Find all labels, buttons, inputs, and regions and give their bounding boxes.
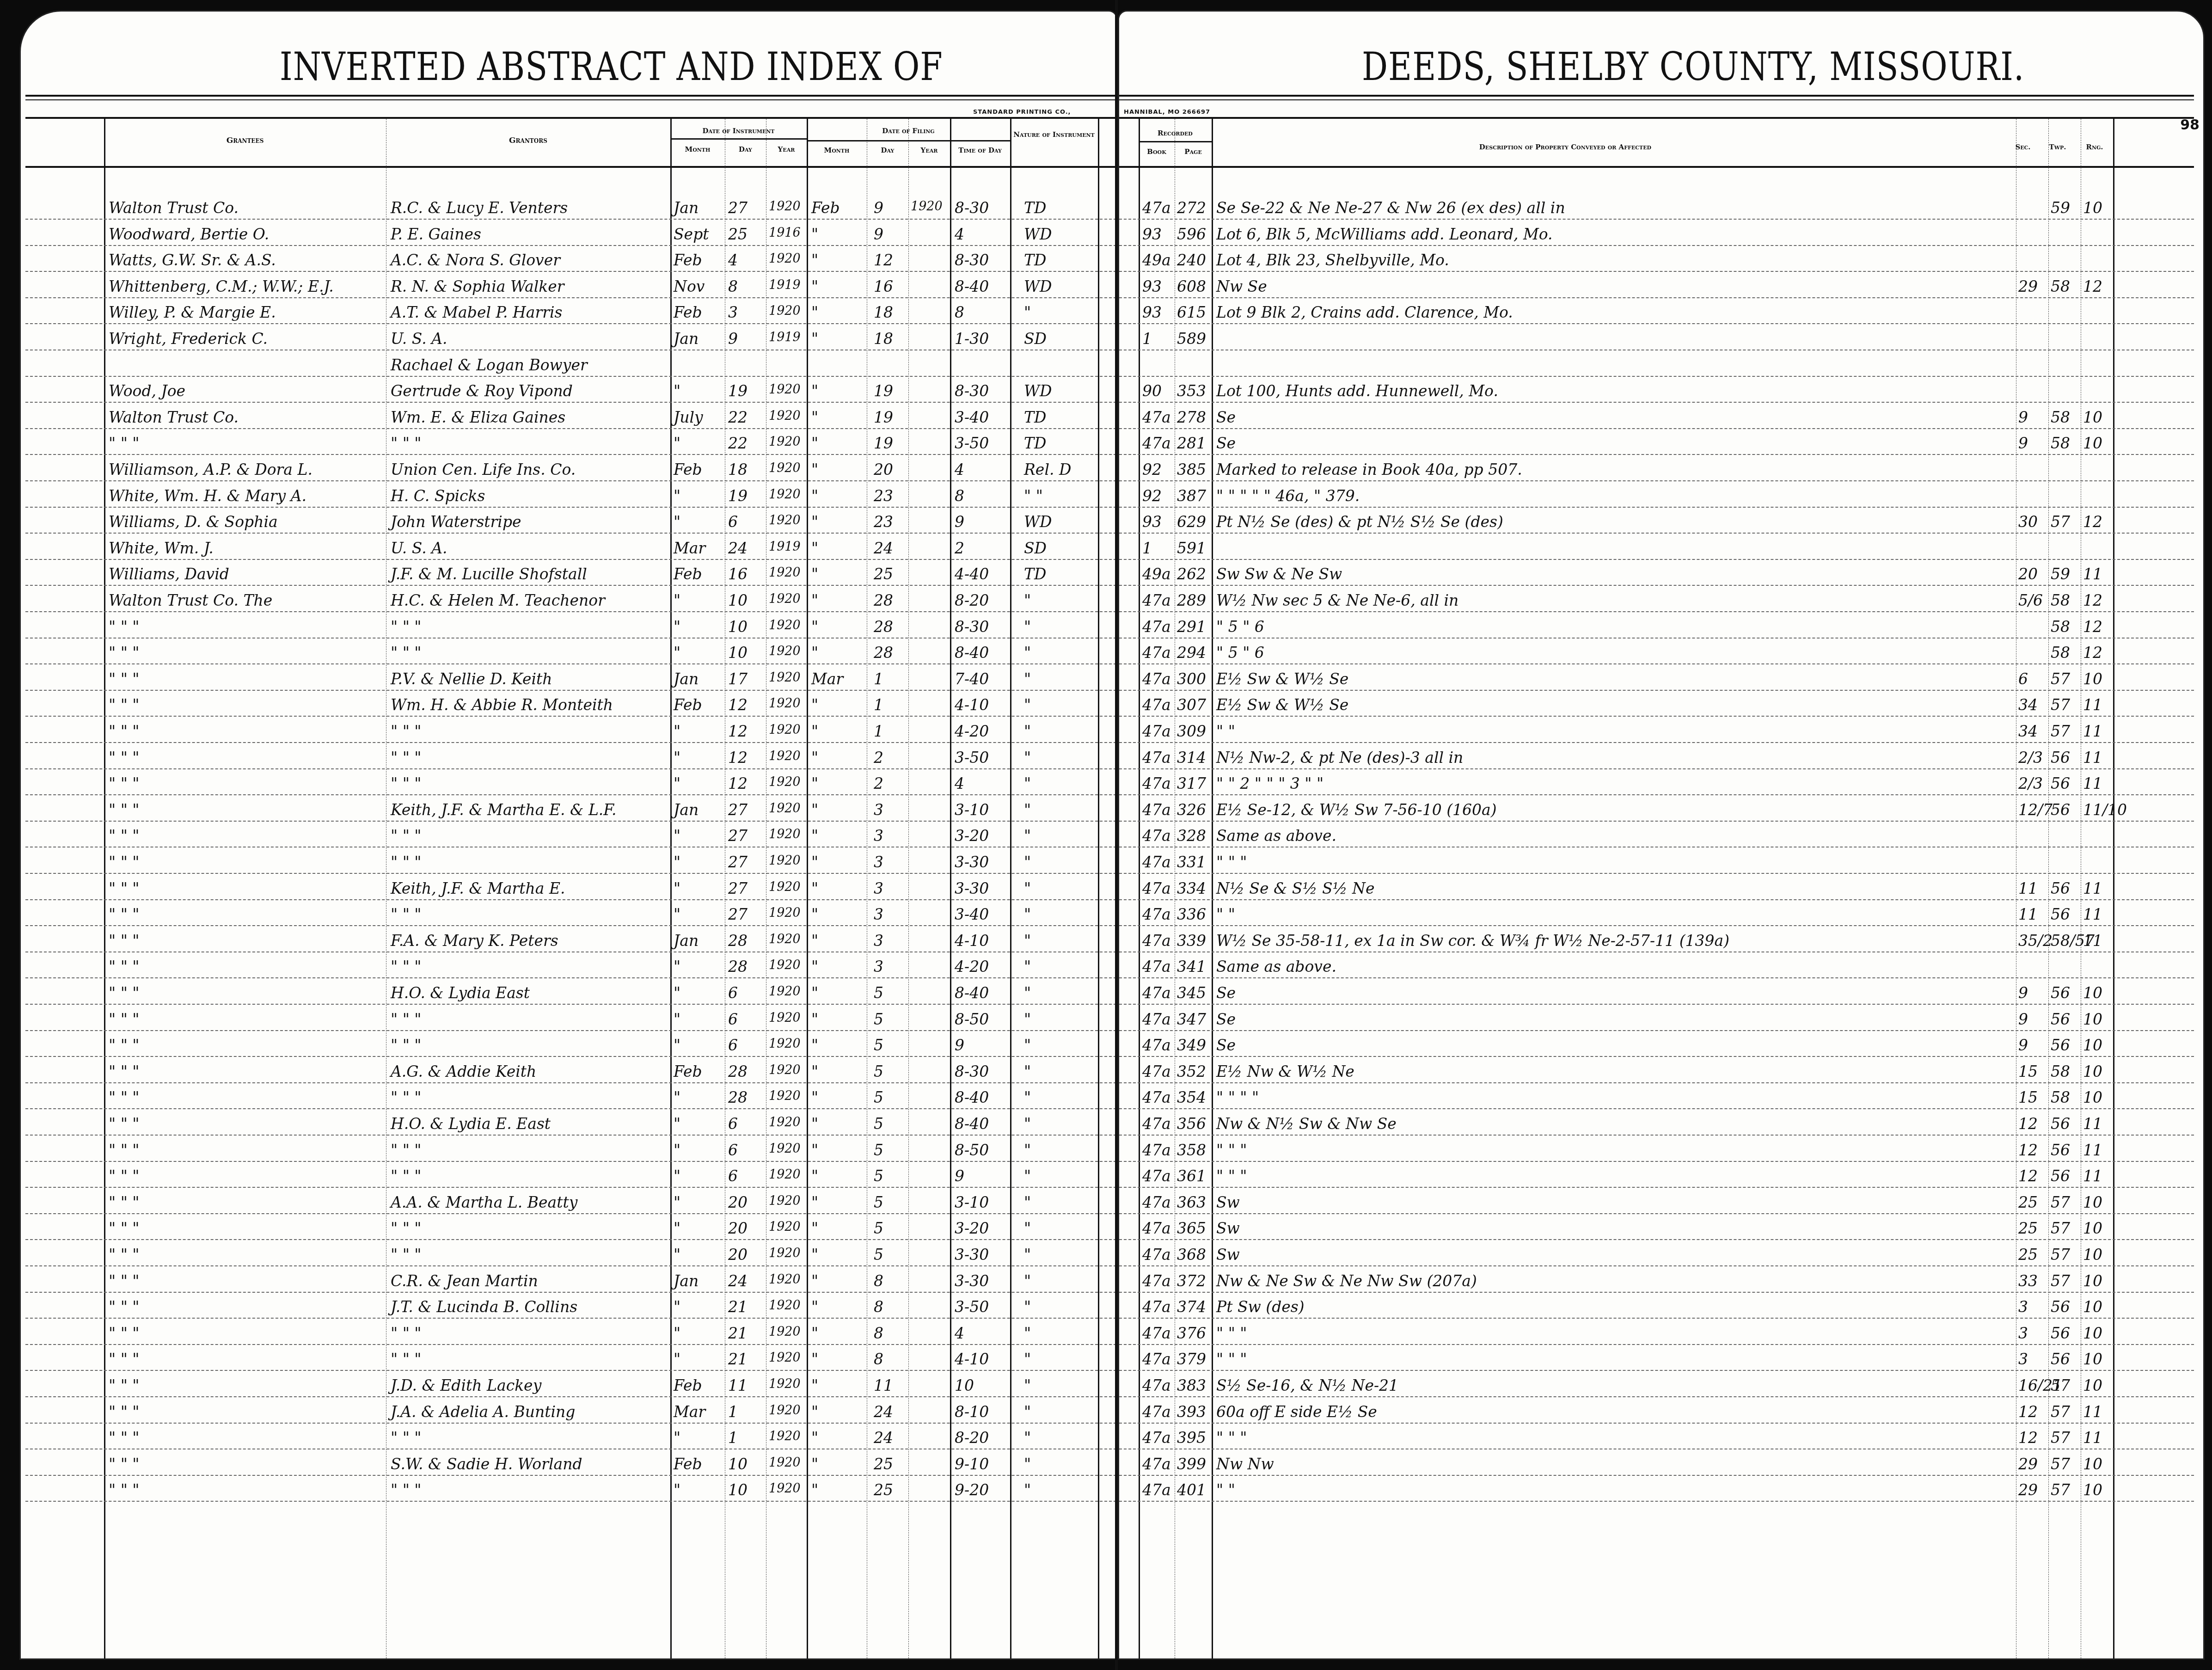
grantor-cell: A.A. & Martha L. Beatty	[391, 1195, 577, 1210]
row-rule	[1119, 847, 2194, 847]
sec-cell: 12	[2018, 1430, 2038, 1445]
instrument-month-cell: "	[674, 1195, 680, 1210]
filing-month-cell: "	[811, 566, 818, 582]
printer-imprint: STANDARD PRINTING CO.,	[973, 109, 1071, 116]
book-cell: 47a	[1142, 1326, 1171, 1341]
page-cell: 345	[1177, 985, 1206, 1001]
sec-cell: 25	[2018, 1247, 2038, 1262]
instrument-day-cell: 21	[728, 1351, 748, 1367]
filing-month-cell: "	[811, 305, 818, 320]
description-cell: Sw	[1216, 1221, 1240, 1236]
rng-cell: 11	[2083, 1404, 2102, 1419]
instrument-day-cell: 27	[728, 802, 748, 817]
twp-cell: 58	[2051, 436, 2070, 451]
filing-day-cell: 5	[874, 1221, 883, 1236]
filing-day-cell: 18	[874, 331, 893, 346]
rng-cell: 11	[2083, 1430, 2102, 1445]
book-cell: 47a	[1142, 933, 1171, 948]
page-cell: 326	[1177, 802, 1206, 817]
sec-cell: 9	[2018, 985, 2028, 1001]
filing-month-cell: "	[811, 1430, 818, 1445]
instrument-month-cell: "	[674, 488, 680, 503]
grantee-cell: Woodward, Bertie O.	[109, 227, 269, 242]
row-rule	[25, 794, 1116, 795]
filing-day-cell: 9	[874, 200, 883, 215]
instrument-month-cell: Feb	[674, 1456, 702, 1472]
twp-cell: 57	[2051, 697, 2070, 712]
filing-month-cell: "	[811, 1038, 818, 1053]
grantee-cell: " " "	[109, 985, 140, 1001]
time-of-day-cell: 8-50	[955, 1012, 989, 1027]
title-rule-thin	[25, 99, 1116, 100]
description-cell: Marked to release in Book 40a, pp 507.	[1216, 462, 1522, 477]
time-of-day-cell: 3-30	[955, 1273, 989, 1289]
instrument-month-cell: Sept	[674, 227, 709, 242]
twp-cell: 58	[2051, 279, 2070, 294]
page-cell: 289	[1177, 593, 1206, 608]
row-rule	[25, 1370, 1116, 1371]
header-book: Book	[1139, 148, 1175, 156]
description-cell: Lot 100, Hunts add. Hunnewell, Mo.	[1216, 383, 1498, 399]
filing-month-cell: "	[811, 697, 818, 712]
header-year: Year	[766, 146, 807, 153]
grantor-cell: " " "	[391, 645, 422, 660]
description-cell: S½ Se-16, & N½ Ne-21	[1216, 1378, 1398, 1393]
grantee-cell: Whittenberg, C.M.; W.W.; E.J.	[109, 279, 334, 294]
title-rule-thin	[1119, 99, 2194, 100]
grantor-cell: J.T. & Lucinda B. Collins	[391, 1299, 577, 1314]
nature-cell: "	[1024, 619, 1031, 634]
nature-cell: "	[1024, 1116, 1031, 1131]
book-cell: 47a	[1142, 750, 1171, 765]
grantee-cell: Walton Trust Co.	[109, 200, 239, 215]
sec-cell: 34	[2018, 697, 2038, 712]
filing-day-cell: 3	[874, 959, 883, 974]
instrument-year-cell: 1920	[769, 697, 801, 710]
row-rule	[1119, 585, 2194, 586]
page-cell: 294	[1177, 645, 1206, 660]
instrument-day-cell: 9	[728, 331, 738, 346]
nature-cell: "	[1024, 1038, 1031, 1053]
grantor-cell: U. S. A.	[391, 540, 447, 556]
grantor-cell: " " "	[391, 1142, 422, 1158]
time-of-day-cell: 8-30	[955, 619, 989, 634]
row-rule	[25, 1030, 1116, 1031]
grantee-cell: " " "	[109, 1430, 140, 1445]
book-cell: 47a	[1142, 1299, 1171, 1314]
nature-cell: TD	[1024, 566, 1046, 582]
description-cell: Se	[1216, 410, 1236, 425]
grantee-cell: Williamson, A.P. & Dora L.	[109, 462, 312, 477]
rng-cell: 11	[2083, 933, 2102, 948]
row-rule	[25, 1265, 1116, 1266]
instrument-year-cell: 1920	[769, 645, 801, 657]
book-cell: 47a	[1142, 1221, 1171, 1236]
page-cell: 399	[1177, 1456, 1206, 1472]
twp-cell: 56	[2051, 1168, 2070, 1184]
description-cell: Pt N½ Se (des) & pt N½ S½ Se (des)	[1216, 514, 1503, 529]
page-cell: 314	[1177, 750, 1206, 765]
instrument-day-cell: 28	[728, 1064, 748, 1079]
sec-cell: 35/2	[2018, 933, 2053, 948]
grantee-cell: Wright, Frederick C.	[109, 331, 268, 346]
twp-cell: 56	[2051, 802, 2070, 817]
filing-month-cell: "	[811, 1221, 818, 1236]
twp-cell: 57	[2051, 1456, 2070, 1472]
page-cell: 336	[1177, 907, 1206, 922]
rng-cell: 12	[2083, 645, 2102, 660]
header-grantees: Grantees	[104, 136, 386, 145]
instrument-day-cell: 22	[728, 410, 748, 425]
instrument-month-cell: Feb	[674, 1064, 702, 1079]
row-rule	[25, 1396, 1116, 1397]
row-rule	[25, 1108, 1116, 1109]
instrument-day-cell: 27	[728, 854, 748, 870]
time-of-day-cell: 8-50	[955, 1142, 989, 1158]
page-cell: 395	[1177, 1430, 1206, 1445]
nature-cell: "	[1024, 1482, 1031, 1498]
filing-month-cell: "	[811, 881, 818, 896]
row-rule	[1119, 1135, 2194, 1136]
row-rule	[1119, 638, 2194, 639]
page-cell: 596	[1177, 227, 1206, 242]
instrument-year-cell: 1920	[769, 1482, 801, 1495]
filing-month-cell: "	[811, 1326, 818, 1341]
row-rule	[1119, 323, 2194, 324]
page-cell: 278	[1177, 410, 1206, 425]
row-rule	[1119, 297, 2194, 298]
row-rule	[1119, 1187, 2194, 1188]
grantee-cell: " " "	[109, 436, 140, 451]
instrument-day-cell: 17	[728, 671, 748, 687]
description-cell: E½ Sw & W½ Se	[1216, 671, 1348, 687]
grantee-cell: White, Wm. J.	[109, 540, 214, 556]
description-cell: " " "	[1216, 1326, 1247, 1341]
instrument-day-cell: 12	[728, 724, 748, 739]
description-cell: N½ Se & S½ S½ Ne	[1216, 881, 1374, 896]
rng-cell: 10	[2083, 1351, 2102, 1367]
page-cell: 358	[1177, 1142, 1206, 1158]
grantor-cell: Union Cen. Life Ins. Co.	[391, 462, 576, 477]
filing-day-cell: 5	[874, 985, 883, 1001]
instrument-day-cell: 20	[728, 1247, 748, 1262]
nature-cell: "	[1024, 1221, 1031, 1236]
row-rule	[1119, 1030, 2194, 1031]
nature-cell: WD	[1024, 383, 1052, 399]
sec-cell: 25	[2018, 1195, 2038, 1210]
instrument-year-cell: 1920	[769, 200, 801, 213]
sec-cell: 29	[2018, 1456, 2038, 1472]
grantor-cell: " " "	[391, 1351, 422, 1367]
book-cell: 47a	[1142, 881, 1171, 896]
rng-cell: 11	[2083, 776, 2102, 791]
header-bottom-rule	[1119, 166, 2194, 168]
instrument-year-cell: 1920	[769, 671, 801, 684]
twp-cell: 56	[2051, 1299, 2070, 1314]
sec-cell: 3	[2018, 1299, 2028, 1314]
filing-day-cell: 1	[874, 697, 883, 712]
description-cell: Se	[1216, 1038, 1236, 1053]
header-sec: Sec.	[2007, 143, 2039, 151]
grantor-cell: " " "	[391, 1168, 422, 1184]
row-rule	[25, 1082, 1116, 1083]
twp-cell: 56	[2051, 985, 2070, 1001]
row-rule	[1119, 1449, 2194, 1449]
book-cell: 49a	[1142, 252, 1171, 268]
instrument-day-cell: 6	[728, 1116, 738, 1131]
instrument-year-cell: 1920	[769, 1430, 801, 1443]
time-of-day-cell: 8-40	[955, 1090, 989, 1105]
printer-location: HANNIBAL, MO 266697	[1124, 109, 1210, 116]
filing-month-cell: "	[811, 1195, 818, 1210]
time-of-day-cell: 3-30	[955, 1247, 989, 1262]
nature-cell: WD	[1024, 514, 1052, 529]
row-rule	[1119, 1004, 2194, 1005]
page-cell: 341	[1177, 959, 1206, 974]
instrument-day-cell: 1	[728, 1404, 738, 1419]
book-cell: 47a	[1142, 1168, 1171, 1184]
instrument-year-cell: 1920	[769, 1351, 801, 1364]
filing-day-cell: 5	[874, 1116, 883, 1131]
grantor-cell: " " "	[391, 959, 422, 974]
time-of-day-cell: 4-20	[955, 724, 989, 739]
page-cell: 272	[1177, 200, 1206, 215]
page-cell: 353	[1177, 383, 1206, 399]
row-rule	[1119, 1318, 2194, 1319]
grantor-cell: " " "	[391, 1430, 422, 1445]
description-cell: " "	[1216, 724, 1235, 739]
grantee-cell: Walton Trust Co.	[109, 410, 239, 425]
twp-cell: 57	[2051, 1378, 2070, 1393]
time-of-day-cell: 3-20	[955, 828, 989, 843]
grantee-cell: " " "	[109, 907, 140, 922]
book-cell: 47a	[1142, 1351, 1171, 1367]
time-of-day-cell: 3-30	[955, 854, 989, 870]
filing-month-cell: "	[811, 1012, 818, 1027]
row-rule	[1119, 454, 2194, 455]
filing-day-cell: 8	[874, 1273, 883, 1289]
instrument-year-cell: 1920	[769, 488, 801, 501]
row-rule	[1119, 1475, 2194, 1476]
filing-month-cell: "	[811, 1378, 818, 1393]
page-cell: 281	[1177, 436, 1206, 451]
nature-cell: "	[1024, 854, 1031, 870]
sec-cell: 11	[2018, 881, 2038, 896]
sec-cell: 9	[2018, 1012, 2028, 1027]
filing-month-cell: "	[811, 907, 818, 922]
grantor-cell: " " "	[391, 750, 422, 765]
nature-cell: "	[1024, 933, 1031, 948]
instrument-month-cell: "	[674, 907, 680, 922]
instrument-month-cell: Feb	[674, 305, 702, 320]
instrument-year-cell: 1920	[769, 1299, 801, 1312]
nature-cell: "	[1024, 828, 1031, 843]
time-of-day-cell: 9-10	[955, 1456, 989, 1472]
description-cell: Lot 6, Blk 5, McWilliams add. Leonard, M…	[1216, 227, 1553, 242]
book-cell: 93	[1142, 514, 1162, 529]
time-of-day-cell: 3-10	[955, 1195, 989, 1210]
rng-cell: 10	[2083, 1195, 2102, 1210]
grantee-cell: " " "	[109, 1116, 140, 1131]
instrument-day-cell: 19	[728, 383, 748, 399]
row-rule	[1119, 428, 2194, 429]
title-rule	[1119, 95, 2194, 97]
grantee-cell: " " "	[109, 1064, 140, 1079]
row-rule	[1119, 1265, 2194, 1266]
row-rule	[1119, 690, 2194, 691]
row-rule	[25, 1423, 1116, 1424]
sec-cell: 2/3	[2018, 776, 2043, 791]
grantee-cell: " " "	[109, 671, 140, 687]
page-cell: 589	[1177, 331, 1206, 346]
rng-cell: 10	[2083, 200, 2102, 215]
instrument-month-cell: Feb	[674, 252, 702, 268]
sec-cell: 9	[2018, 436, 2028, 451]
time-of-day-cell: 4-10	[955, 1351, 989, 1367]
instrument-year-cell: 1920	[769, 1168, 801, 1181]
row-rule	[1119, 1239, 2194, 1240]
instrument-year-cell: 1920	[769, 1326, 801, 1338]
header-top-rule	[1119, 117, 2194, 119]
book-cell: 47a	[1142, 907, 1171, 922]
time-of-day-cell: 3-50	[955, 436, 989, 451]
instrument-month-cell: "	[674, 724, 680, 739]
grantor-cell: " " "	[391, 1090, 422, 1105]
grantee-cell: " " "	[109, 1482, 140, 1498]
page-cell: 339	[1177, 933, 1206, 948]
grantee-cell: " " "	[109, 724, 140, 739]
filing-month-cell: "	[811, 1456, 818, 1472]
rng-cell: 11	[2083, 1116, 2102, 1131]
row-rule	[25, 1318, 1116, 1319]
twp-cell: 57	[2051, 1430, 2070, 1445]
row-rule	[25, 1135, 1116, 1136]
rng-cell: 10	[2083, 1378, 2102, 1393]
twp-cell: 56	[2051, 776, 2070, 791]
instrument-day-cell: 28	[728, 1090, 748, 1105]
rng-cell: 10	[2083, 436, 2102, 451]
row-rule	[25, 1187, 1116, 1188]
instrument-year-cell: 1920	[769, 436, 801, 448]
grantor-cell: " " "	[391, 1012, 422, 1027]
description-cell: " " " "	[1216, 1090, 1259, 1105]
nature-cell: "	[1024, 985, 1031, 1001]
instrument-day-cell: 21	[728, 1326, 748, 1341]
instrument-day-cell: 10	[728, 645, 748, 660]
nature-cell: "	[1024, 776, 1031, 791]
twp-cell: 56	[2051, 1038, 2070, 1053]
time-of-day-cell: 3-20	[955, 1221, 989, 1236]
instrument-month-cell: "	[674, 383, 680, 399]
row-rule	[1119, 219, 2194, 220]
row-rule	[1119, 611, 2194, 612]
row-rule	[25, 663, 1116, 664]
filing-month-cell: "	[811, 1273, 818, 1289]
row-rule	[1119, 402, 2194, 403]
page-cell: 401	[1177, 1482, 1206, 1498]
twp-cell: 56	[2051, 907, 2070, 922]
filing-month-cell: "	[811, 252, 818, 268]
filing-month-cell: "	[811, 985, 818, 1001]
grantee-cell: " " "	[109, 854, 140, 870]
nature-cell: "	[1024, 671, 1031, 687]
row-rule	[25, 585, 1116, 586]
book-cell: 47a	[1142, 410, 1171, 425]
grantee-cell: Williams, D. & Sophia	[109, 514, 278, 529]
time-of-day-cell: 8-30	[955, 200, 989, 215]
filing-day-cell: 18	[874, 305, 893, 320]
instrument-year-cell: 1920	[769, 1221, 801, 1233]
header-twp: Twp.	[2039, 143, 2076, 151]
description-cell: " " "	[1216, 1430, 1247, 1445]
header-date-of-instrument: Date of Instrument	[670, 127, 807, 135]
description-cell: Sw	[1216, 1195, 1240, 1210]
grantor-cell: " " "	[391, 1326, 422, 1341]
header-page: Page	[1175, 148, 1212, 156]
filing-day-cell: 5	[874, 1038, 883, 1053]
book-cell: 47a	[1142, 1142, 1171, 1158]
instrument-month-cell: Jan	[674, 933, 699, 948]
grantee-cell: " " "	[109, 645, 140, 660]
sec-cell: 12/7	[2018, 802, 2053, 817]
grantor-cell: J.F. & M. Lucille Shofstall	[391, 566, 587, 582]
book-cell: 47a	[1142, 985, 1171, 1001]
book-cell: 47a	[1142, 200, 1171, 215]
description-cell: E½ Sw & W½ Se	[1216, 697, 1348, 712]
nature-cell: Rel. D	[1024, 462, 1071, 477]
rng-cell: 11	[2083, 1168, 2102, 1184]
twp-cell: 56	[2051, 1116, 2070, 1131]
grantee-cell: Watts, G.W. Sr. & A.S.	[109, 252, 276, 268]
book-cell: 47a	[1142, 724, 1171, 739]
instrument-year-cell: 1920	[769, 802, 801, 815]
book-cell: 47a	[1142, 1038, 1171, 1053]
instrument-year-cell: 1919	[769, 540, 801, 553]
twp-cell: 56	[2051, 1012, 2070, 1027]
filing-day-cell: 25	[874, 1456, 893, 1472]
time-of-day-cell: 3-50	[955, 1299, 989, 1314]
instrument-month-cell: Feb	[674, 697, 702, 712]
row-rule	[25, 1056, 1116, 1057]
instrument-year-cell: 1920	[769, 1378, 801, 1390]
time-of-day-cell: 8-40	[955, 1116, 989, 1131]
grantor-cell: " " "	[391, 1221, 422, 1236]
instrument-day-cell: 27	[728, 907, 748, 922]
book-cell: 47a	[1142, 1195, 1171, 1210]
filing-day-cell: 8	[874, 1351, 883, 1367]
filing-month-cell: "	[811, 1404, 818, 1419]
grantor-cell: R.C. & Lucy E. Venters	[391, 200, 568, 215]
grantee-cell: " " "	[109, 828, 140, 843]
grantee-cell: Willey, P. & Margie E.	[109, 305, 276, 320]
description-cell: Same as above.	[1216, 959, 1336, 974]
nature-cell: "	[1024, 1012, 1031, 1027]
instrument-year-cell: 1920	[769, 776, 801, 788]
rng-cell: 12	[2083, 279, 2102, 294]
grantee-cell: " " "	[109, 1326, 140, 1341]
instrument-year-cell: 1920	[769, 1038, 801, 1050]
instrument-day-cell: 22	[728, 436, 748, 451]
row-rule	[25, 428, 1116, 429]
filing-day-cell: 24	[874, 540, 893, 556]
time-of-day-cell: 4	[955, 227, 964, 242]
instrument-month-cell: "	[674, 1351, 680, 1367]
instrument-day-cell: 11	[728, 1378, 748, 1393]
grantee-cell: Walton Trust Co. The	[109, 593, 272, 608]
title-rule	[25, 95, 1116, 97]
instrument-day-cell: 19	[728, 488, 748, 503]
instrument-year-cell: 1920	[769, 1456, 801, 1469]
